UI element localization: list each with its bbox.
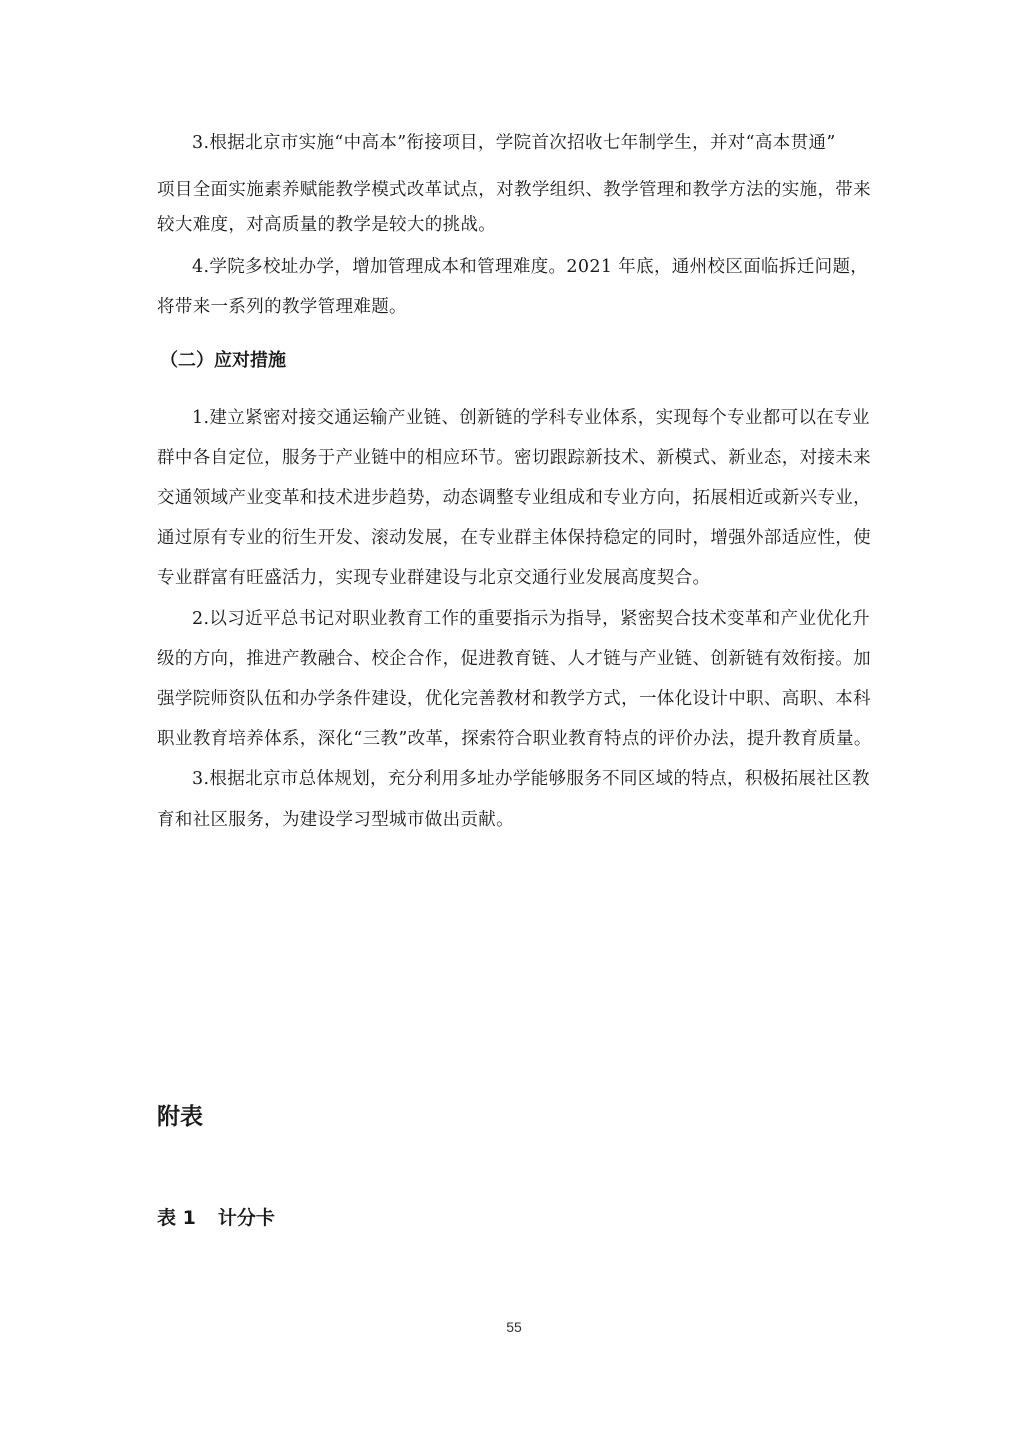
text-line: 育和社区服务，为建设学习型城市做出贡献。	[157, 808, 514, 832]
text-line: 群中各自定位，服务于产业链中的相应环节。密切跟踪新技术、新模式、新业态，对接未来	[157, 446, 871, 470]
text-line: 4.学院多校址办学，增加管理成本和管理难度。2021 年底，通州校区面临拆迁问题…	[192, 255, 868, 279]
text-line: 将带来一系列的教学管理难题。	[157, 295, 407, 319]
text-line: 交通领域产业变革和技术进步趋势，动态调整专业组成和专业方向，拓展相近或新兴专业，	[157, 486, 871, 510]
page-number: 55	[500, 1319, 528, 1335]
text-line: 3.根据北京市实施“中高本”衔接项目，学院首次招收七年制学生，并对“高本贯通”	[192, 131, 836, 155]
text-line: 1.建立紧密对接交通运输产业链、创新链的学科专业体系，实现每个专业都可以在专业	[192, 406, 870, 430]
text-line: 职业教育培养体系，深化“三教”改革，探索符合职业教育特点的评价办法，提升教育质量…	[157, 727, 872, 751]
text-line: 3.根据北京市总体规划，充分利用多址办学能够服务不同区域的特点，积极拓展社区教	[192, 767, 870, 791]
text-line: 项目全面实施素养赋能教学模式改革试点，对教学组织、教学管理和教学方法的实施，带来	[157, 178, 871, 202]
section-heading-measures: （二）应对措施	[160, 349, 286, 373]
text-line: 较大难度，对高质量的教学是较大的挑战。	[157, 213, 496, 237]
table-number: 表 1	[157, 1207, 196, 1229]
table-title: 计分卡	[218, 1207, 275, 1229]
text-line: 强学院师资队伍和办学条件建设，优化完善教材和教学方式，一体化设计中职、高职、本科	[157, 687, 871, 711]
text-line: 通过原有专业的衍生开发、滚动发展，在专业群主体保持稳定的同时，增强外部适应性，使	[157, 526, 871, 550]
table-caption: 表 1计分卡	[157, 1205, 275, 1231]
text-line: 专业群富有旺盛活力，实现专业群建设与北京交通行业发展高度契合。	[157, 566, 710, 590]
appendix-heading: 附表	[157, 1102, 203, 1132]
text-line: 级的方向，推进产教融合、校企合作，促进教育链、人才链与产业链、创新链有效衔接。加	[157, 647, 871, 671]
text-line: 2.以习近平总书记对职业教育工作的重要指示为指导，紧密契合技术变革和产业优化升	[192, 607, 870, 631]
